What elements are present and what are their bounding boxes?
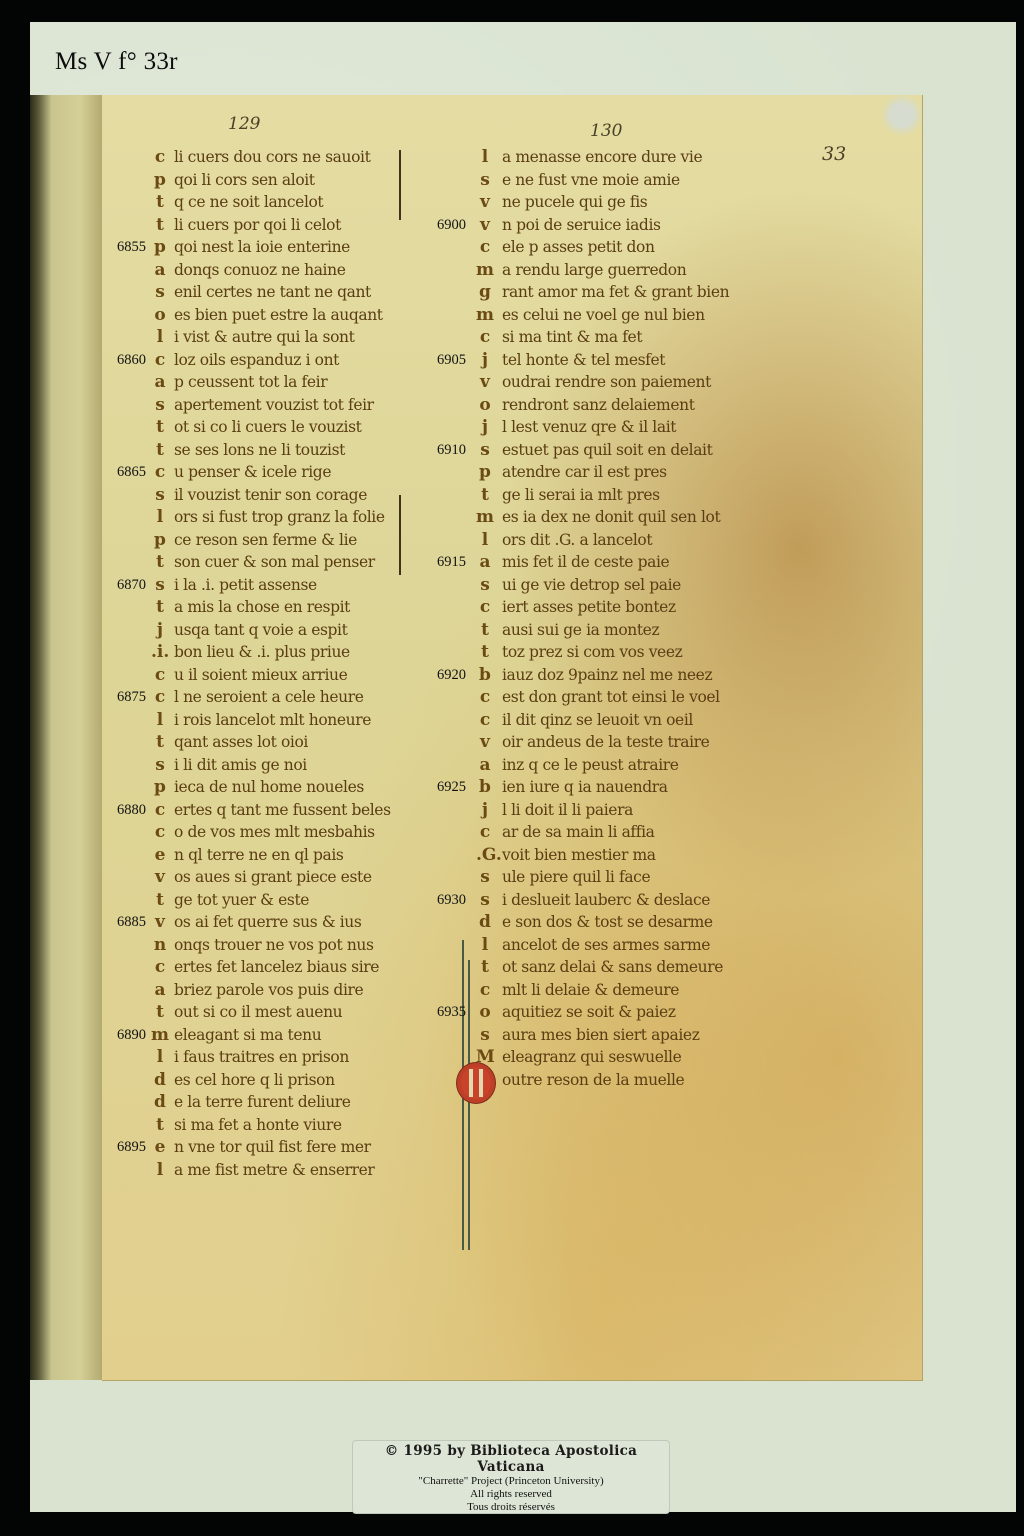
initial-letter: c: [476, 596, 494, 619]
initial-letter: v: [151, 911, 169, 934]
verse-line: 6935oaquitiez se soit & paiez: [420, 1001, 760, 1024]
initial-letter: s: [476, 439, 494, 462]
verse-text: i li dit amis ge noi: [174, 754, 307, 777]
initial-letter: j: [151, 619, 169, 642]
folio-label: Ms V f° 33r: [55, 48, 178, 76]
verse-line: vne pucele qui ge fis: [420, 191, 760, 214]
verse-text: ar de sa main li affia: [502, 821, 654, 844]
initial-letter: n: [151, 934, 169, 957]
verse-line: en ql terre ne en ql pais: [98, 844, 418, 867]
verse-text: aura mes bien siert apaiez: [502, 1024, 699, 1047]
verse-text: eleagranz qui seswuelle: [502, 1046, 681, 1069]
initial-letter: a: [151, 259, 169, 282]
line-number: 6935: [414, 1001, 466, 1024]
initial-letter: s: [151, 281, 169, 304]
verse-text: o de vos mes mlt mesbahis: [174, 821, 375, 844]
verse-text: u il soient mieux arriue: [174, 664, 347, 687]
verse-text: usqa tant q voie a espit: [174, 619, 347, 642]
initial-letter: s: [476, 574, 494, 597]
parchment-stain: [882, 95, 922, 135]
verse-text: son cuer & son mal penser: [174, 551, 375, 574]
verse-text: i deslueit lauberc & deslace: [502, 889, 710, 912]
initial-letter: s: [476, 866, 494, 889]
verse-text: bon lieu & .i. plus priue: [174, 641, 350, 664]
verse-text: os aues si grant piece este: [174, 866, 372, 889]
verse-line: nonqs trouer ne vos pot nus: [98, 934, 418, 957]
initial-letter: l: [476, 934, 494, 957]
initial-letter: t: [151, 1001, 169, 1024]
line-number: 6895: [94, 1136, 146, 1159]
verse-line: se ne fust vne moie amie: [420, 169, 760, 192]
initial-letter: p: [151, 529, 169, 552]
verse-line: jusqa tant q voie a espit: [98, 619, 418, 642]
verse-line: lors dit .G. a lancelot: [420, 529, 760, 552]
verse-line: car de sa main li affia: [420, 821, 760, 844]
verse-text: a me fist metre & enserrer: [174, 1159, 374, 1182]
initial-letter: t: [151, 214, 169, 237]
verse-line: tge li serai ia mlt pres: [420, 484, 760, 507]
verse-line: ma rendu large guerredon: [420, 259, 760, 282]
verse-line: voudrai rendre son paiement: [420, 371, 760, 394]
verse-line: tsi ma fet a honte viure: [98, 1114, 418, 1137]
verse-line: voir andeus de la teste traire: [420, 731, 760, 754]
initial-letter: v: [476, 191, 494, 214]
line-number: 6905: [414, 349, 466, 372]
verse-text: rant amor ma fet & grant bien: [502, 281, 729, 304]
verse-line: cele p asses petit don: [420, 236, 760, 259]
verse-text: n poi de seruice iadis: [502, 214, 661, 237]
verse-text: si ma fet a honte viure: [174, 1114, 342, 1137]
initial-letter: v: [151, 866, 169, 889]
initial-letter: c: [151, 821, 169, 844]
verse-text: tel honte & tel mesfet: [502, 349, 665, 372]
initial-letter: e: [151, 844, 169, 867]
initial-letter: c: [476, 326, 494, 349]
line-number: 6860: [94, 349, 146, 372]
verse-text: e ne fust vne moie amie: [502, 169, 680, 192]
verse-line: mes celui ne voel ge nul bien: [420, 304, 760, 327]
verse-line: 6900vn poi de seruice iadis: [420, 214, 760, 237]
verse-text: e la terre furent deliure: [174, 1091, 351, 1114]
initial-letter: .i.: [151, 641, 169, 664]
verse-line: 6905jtel honte & tel mesfet: [420, 349, 760, 372]
verse-line: certes fet lancelez biaus sire: [98, 956, 418, 979]
verse-text: i la .i. petit assense: [174, 574, 317, 597]
verse-text: l li doit il li paiera: [502, 799, 633, 822]
initial-letter: t: [151, 416, 169, 439]
verse-text: l lest venuz qre & il lait: [502, 416, 676, 439]
verse-line: cu il soient mieux arriue: [98, 664, 418, 687]
verse-text: n vne tor quil fist fere mer: [174, 1136, 371, 1159]
verse-text: se ses lons ne li touzist: [174, 439, 345, 462]
initial-letter: t: [151, 439, 169, 462]
verse-line: pqoi li cors sen aloit: [98, 169, 418, 192]
verse-text: iert asses petite bontez: [502, 596, 676, 619]
verse-line: de son dos & tost se desarme: [420, 911, 760, 934]
initial-letter: c: [151, 664, 169, 687]
verse-line: jl li doit il li paiera: [420, 799, 760, 822]
verse-line: cest don grant tot einsi le voel: [420, 686, 760, 709]
verse-text: ors dit .G. a lancelot: [502, 529, 652, 552]
initial-letter: j: [476, 416, 494, 439]
manuscript-gutter: [30, 95, 104, 1380]
verse-line: ta mis la chose en respit: [98, 596, 418, 619]
initial-letter: s: [476, 1024, 494, 1047]
initial-letter: b: [476, 664, 494, 687]
initial-letter: s: [151, 574, 169, 597]
verse-line: 6885vos ai fet querre sus & ius: [98, 911, 418, 934]
verse-text: si ma tint & ma fet: [502, 326, 642, 349]
line-number: 6900: [414, 214, 466, 237]
verse-text: os ai fet querre sus & ius: [174, 911, 361, 934]
verse-text: ertes fet lancelez biaus sire: [174, 956, 379, 979]
page-number-right: 130: [590, 121, 622, 141]
verse-line: sule piere quil li face: [420, 866, 760, 889]
initial-letter: c: [151, 799, 169, 822]
verse-text: briez parole vos puis dire: [174, 979, 363, 1002]
verse-line: lancelot de ses armes sarme: [420, 934, 760, 957]
initial-letter: a: [151, 371, 169, 394]
verse-text: ule piere quil li face: [502, 866, 650, 889]
verse-text: li cuers por qoi li celot: [174, 214, 341, 237]
verse-text: enil certes ne tant ne qant: [174, 281, 371, 304]
verse-text: ertes q tant me fussent beles: [174, 799, 391, 822]
initial-letter: c: [476, 236, 494, 259]
verse-text: ancelot de ses armes sarme: [502, 934, 710, 957]
page-number-left: 129: [228, 114, 260, 134]
verse-line: sapertement vouzist tot feir: [98, 394, 418, 417]
initial-letter: c: [151, 349, 169, 372]
verse-text: est don grant tot einsi le voel: [502, 686, 720, 709]
initial-letter: l: [151, 1159, 169, 1182]
initial-letter: a: [476, 551, 494, 574]
initial-letter: c: [151, 461, 169, 484]
verse-text: li cuers dou cors ne sauoit: [174, 146, 370, 169]
initial-letter: b: [476, 776, 494, 799]
initial-letter: l: [476, 146, 494, 169]
verse-line: tli cuers por qoi li celot: [98, 214, 418, 237]
verse-text: toz prez si com vos veez: [502, 641, 682, 664]
verse-text: aquitiez se soit & paiez: [502, 1001, 676, 1024]
verse-text: donqs conuoz ne haine: [174, 259, 345, 282]
line-number: 6880: [94, 799, 146, 822]
initial-letter: o: [476, 394, 494, 417]
initial-letter: t: [476, 641, 494, 664]
initial-letter: g: [476, 281, 494, 304]
verse-line: 6875cl ne seroient a cele heure: [98, 686, 418, 709]
copyright-notice: © 1995 by Biblioteca Apostolica Vaticana…: [352, 1440, 670, 1514]
initial-letter: l: [151, 1046, 169, 1069]
verse-line: grant amor ma fet & grant bien: [420, 281, 760, 304]
verse-line: .i.bon lieu & .i. plus priue: [98, 641, 418, 664]
line-number: 6865: [94, 461, 146, 484]
verse-line: orendront sanz delaiement: [420, 394, 760, 417]
verse-text: p ceussent tot la feir: [174, 371, 327, 394]
verse-text: ausi sui ge ia montez: [502, 619, 659, 642]
initial-letter: a: [476, 754, 494, 777]
line-number: 6920: [414, 664, 466, 687]
initial-letter: c: [476, 709, 494, 732]
initial-letter: t: [151, 596, 169, 619]
verse-text: inz q ce le peust atraire: [502, 754, 679, 777]
verse-line: cil dit qinz se leuoit vn oeil: [420, 709, 760, 732]
verse-text: es ia dex ne donit quil sen lot: [502, 506, 720, 529]
verse-text: ge tot yuer & este: [174, 889, 309, 912]
line-number: 6930: [414, 889, 466, 912]
initial-letter: j: [476, 349, 494, 372]
verse-line: 6855pqoi nest la ioie enterine: [98, 236, 418, 259]
verse-line: 6880certes q tant me fussent beles: [98, 799, 418, 822]
verse-line: ap ceussent tot la feir: [98, 371, 418, 394]
verse-text: mis fet il de ceste paie: [502, 551, 669, 574]
verse-text: onqs trouer ne vos pot nus: [174, 934, 374, 957]
verse-line: li rois lancelot mlt honeure: [98, 709, 418, 732]
initial-letter: d: [151, 1091, 169, 1114]
verse-text: atendre car il est pres: [502, 461, 667, 484]
verse-line: pieca de nul home noueles: [98, 776, 418, 799]
verse-line: tqant asses lot oioi: [98, 731, 418, 754]
verse-line: tot sanz delai & sans demeure: [420, 956, 760, 979]
verse-text: qant asses lot oioi: [174, 731, 308, 754]
initial-letter: c: [151, 956, 169, 979]
verse-line: lors si fust trop granz la folie: [98, 506, 418, 529]
initial-letter: c: [151, 146, 169, 169]
verse-line: 6890meleagant si ma tenu: [98, 1024, 418, 1047]
verse-line: cli cuers dou cors ne sauoit: [98, 146, 418, 169]
verse-line: des cel hore q li prison: [98, 1069, 418, 1092]
verse-text: u penser & icele rige: [174, 461, 331, 484]
initial-letter: .G.: [476, 844, 494, 867]
initial-letter: p: [151, 169, 169, 192]
verse-line: cmlt li delaie & demeure: [420, 979, 760, 1002]
initial-letter: l: [151, 326, 169, 349]
initial-letter: v: [476, 731, 494, 754]
verse-text: ce reson sen ferme & lie: [174, 529, 357, 552]
initial-letter: l: [151, 709, 169, 732]
verse-text: ot sanz delai & sans demeure: [502, 956, 723, 979]
verse-text: rendront sanz delaiement: [502, 394, 695, 417]
initial-letter: p: [476, 461, 494, 484]
verse-text: qoi nest la ioie enterine: [174, 236, 350, 259]
verse-text: es celui ne voel ge nul bien: [502, 304, 705, 327]
verse-line: sui ge vie detrop sel paie: [420, 574, 760, 597]
verse-text: i rois lancelot mlt honeure: [174, 709, 371, 732]
initial-letter: t: [151, 731, 169, 754]
initial-letter: t: [476, 484, 494, 507]
verse-line: saura mes bien siert apaiez: [420, 1024, 760, 1047]
initial-letter: t: [476, 619, 494, 642]
verse-line: ciert asses petite bontez: [420, 596, 760, 619]
verse-text: n ql terre ne en ql pais: [174, 844, 343, 867]
verse-text: es bien puet estre la auqant: [174, 304, 383, 327]
verse-line: tge tot yuer & este: [98, 889, 418, 912]
initial-letter: m: [151, 1024, 169, 1047]
verse-line: 6895en vne tor quil fist fere mer: [98, 1136, 418, 1159]
verse-text: ne pucele qui ge fis: [502, 191, 647, 214]
verse-text: oir andeus de la teste traire: [502, 731, 709, 754]
initial-letter: a: [151, 979, 169, 1002]
verse-line: 6930si deslueit lauberc & deslace: [420, 889, 760, 912]
verse-text: e son dos & tost se desarme: [502, 911, 713, 934]
verse-line: sil vouzist tenir son corage: [98, 484, 418, 507]
initial-letter: c: [476, 979, 494, 1002]
verse-column-right: la menasse encore dure vie se ne fust vn…: [420, 146, 760, 1091]
verse-line: 6860cloz oils espanduz i ont: [98, 349, 418, 372]
line-number: 6915: [414, 551, 466, 574]
verse-line: mes ia dex ne donit quil sen lot: [420, 506, 760, 529]
initial-letter: j: [476, 799, 494, 822]
verse-text: a menasse encore dure vie: [502, 146, 702, 169]
verse-text: loz oils espanduz i ont: [174, 349, 339, 372]
verse-line: 6865cu penser & icele rige: [98, 461, 418, 484]
initial-letter: o: [476, 1001, 494, 1024]
verse-line: 6910sestuet pas quil soit en delait: [420, 439, 760, 462]
line-number: 6890: [94, 1024, 146, 1047]
verse-text: i vist & autre qui la sont: [174, 326, 354, 349]
line-number: 6870: [94, 574, 146, 597]
verse-line: tausi sui ge ia montez: [420, 619, 760, 642]
project-credit: "Charrette" Project (Princeton Universit…: [353, 1475, 669, 1488]
line-number: 6925: [414, 776, 466, 799]
copyright-holder: © 1995 by Biblioteca Apostolica Vaticana: [353, 1443, 669, 1475]
verse-text: ui ge vie detrop sel paie: [502, 574, 681, 597]
red-illuminated-initial: [456, 1062, 496, 1104]
verse-line: la me fist metre & enserrer: [98, 1159, 418, 1182]
verse-column-left: cli cuers dou cors ne sauoit pqoi li cor…: [98, 146, 418, 1181]
verse-text: il vouzist tenir son corage: [174, 484, 367, 507]
initial-letter: e: [151, 1136, 169, 1159]
initial-letter: l: [151, 506, 169, 529]
verse-line: li faus traitres en prison: [98, 1046, 418, 1069]
verse-text: ieca de nul home noueles: [174, 776, 364, 799]
verse-line: de la terre furent deliure: [98, 1091, 418, 1114]
initial-letter: s: [476, 889, 494, 912]
verse-text: ors si fust trop granz la folie: [174, 506, 385, 529]
verse-text: ot si co li cuers le vouzist: [174, 416, 361, 439]
verse-line: tse ses lons ne li touzist: [98, 439, 418, 462]
verse-line: tq ce ne soit lancelot: [98, 191, 418, 214]
verse-line: si li dit amis ge noi: [98, 754, 418, 777]
verse-text: estuet pas quil soit en delait: [502, 439, 712, 462]
verse-text: out si co il mest auenu: [174, 1001, 342, 1024]
initial-letter: m: [476, 506, 494, 529]
verse-line: senil certes ne tant ne qant: [98, 281, 418, 304]
verse-line: adonqs conuoz ne haine: [98, 259, 418, 282]
initial-letter: v: [476, 214, 494, 237]
verse-line: pce reson sen ferme & lie: [98, 529, 418, 552]
verse-line: 6870si la .i. petit assense: [98, 574, 418, 597]
initial-letter: v: [476, 371, 494, 394]
line-number: 6885: [94, 911, 146, 934]
verse-line: oes bien puet estre la auqant: [98, 304, 418, 327]
line-number: 6875: [94, 686, 146, 709]
initial-letter: s: [151, 754, 169, 777]
initial-letter: p: [151, 236, 169, 259]
initial-letter: s: [151, 484, 169, 507]
verse-text: ge li serai ia mlt pres: [502, 484, 660, 507]
initial-letter: t: [151, 889, 169, 912]
initial-letter: t: [151, 551, 169, 574]
verse-text: iauz doz 9painz nel me neez: [502, 664, 712, 687]
verse-text: ien iure q ia nauendra: [502, 776, 668, 799]
verse-text: voit bien mestier ma: [502, 844, 656, 867]
verse-line: co de vos mes mlt mesbahis: [98, 821, 418, 844]
verse-text: a mis la chose en respit: [174, 596, 350, 619]
folio-number: 33: [822, 143, 846, 165]
initial-letter: c: [476, 686, 494, 709]
verse-line: li vist & autre qui la sont: [98, 326, 418, 349]
verse-line: 6915amis fet il de ceste paie: [420, 551, 760, 574]
line-number: 6855: [94, 236, 146, 259]
initial-letter: p: [151, 776, 169, 799]
verse-text: q ce ne soit lancelot: [174, 191, 323, 214]
line-number: 6910: [414, 439, 466, 462]
initial-letter: d: [476, 911, 494, 934]
initial-letter: c: [151, 686, 169, 709]
initial-letter: l: [476, 529, 494, 552]
verse-line: ttoz prez si com vos veez: [420, 641, 760, 664]
verse-line: .G.voit bien mestier ma: [420, 844, 760, 867]
initial-letter: t: [476, 956, 494, 979]
initial-letter: o: [151, 304, 169, 327]
verse-text: apertement vouzist tot feir: [174, 394, 374, 417]
verse-line: ainz q ce le peust atraire: [420, 754, 760, 777]
verse-text: es cel hore q li prison: [174, 1069, 335, 1092]
verse-line: 6925bien iure q ia nauendra: [420, 776, 760, 799]
verse-text: outre reson de la muelle: [502, 1069, 684, 1092]
verse-text: ele p asses petit don: [502, 236, 655, 259]
verse-text: qoi li cors sen aloit: [174, 169, 315, 192]
verse-line: tson cuer & son mal penser: [98, 551, 418, 574]
verse-text: eleagant si ma tenu: [174, 1024, 321, 1047]
verse-line: tout si co il mest auenu: [98, 1001, 418, 1024]
verse-line: la menasse encore dure vie: [420, 146, 760, 169]
initial-letter: s: [476, 169, 494, 192]
verse-line: vos aues si grant piece este: [98, 866, 418, 889]
initial-letter: m: [476, 259, 494, 282]
verse-text: l ne seroient a cele heure: [174, 686, 364, 709]
verse-text: mlt li delaie & demeure: [502, 979, 679, 1002]
verse-line: 6920biauz doz 9painz nel me neez: [420, 664, 760, 687]
verse-line: jl lest venuz qre & il lait: [420, 416, 760, 439]
initial-letter: t: [151, 1114, 169, 1137]
initial-letter: m: [476, 304, 494, 327]
initial-letter: s: [151, 394, 169, 417]
verse-text: i faus traitres en prison: [174, 1046, 349, 1069]
verse-text: a rendu large guerredon: [502, 259, 686, 282]
verse-line: patendre car il est pres: [420, 461, 760, 484]
initial-letter: d: [151, 1069, 169, 1092]
verse-line: csi ma tint & ma fet: [420, 326, 760, 349]
verse-text: oudrai rendre son paiement: [502, 371, 711, 394]
initial-letter: c: [476, 821, 494, 844]
verse-text: il dit qinz se leuoit vn oeil: [502, 709, 693, 732]
rights-english: All rights reserved: [353, 1488, 669, 1501]
verse-line: tot si co li cuers le vouzist: [98, 416, 418, 439]
rights-french: Tous droits réservés: [353, 1501, 669, 1514]
initial-letter: t: [151, 191, 169, 214]
verse-line: abriez parole vos puis dire: [98, 979, 418, 1002]
